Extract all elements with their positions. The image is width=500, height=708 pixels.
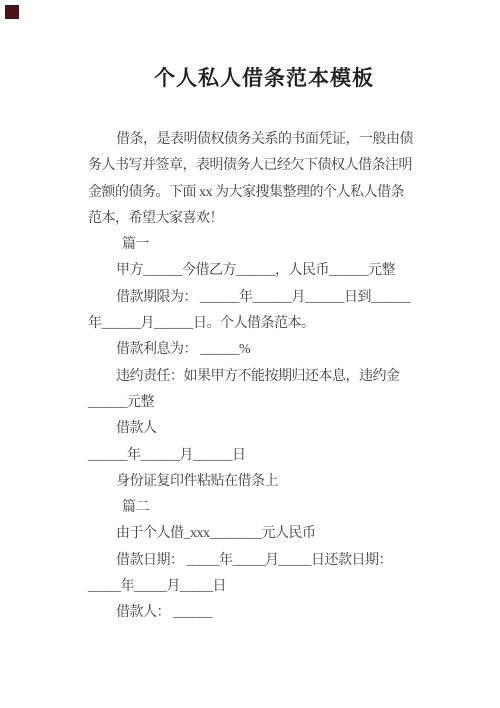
text-line: 借款日期： _____年_____月_____日还款日期： (88, 548, 414, 574)
text-line: _____年_____月_____日 (88, 574, 414, 600)
text-line: 金额的债务。下面 xx 为大家搜集整理的个人私人借条 (88, 180, 414, 206)
text-line: 篇一 (88, 232, 414, 258)
text-line: ______元整 (88, 390, 414, 416)
text-line: 范本，希望大家喜欢！ (88, 206, 414, 232)
text-line: ______年______月______日 (88, 443, 414, 469)
document-title: 个人私人借条范本模板 (0, 66, 500, 90)
text-line: 甲方______今借乙方______，人民币______元整 (88, 258, 414, 284)
text-line: 借款人： ______ (88, 600, 414, 626)
text-line: 借款人 (88, 416, 414, 442)
text-line: 借款利息为： ______% (88, 337, 414, 363)
text-line: 身份证复印件粘贴在借条上 (88, 469, 414, 495)
document-page: 个人私人借条范本模板 借条，是表明债权债务关系的书面凭证，一般由债务人书写并签章… (0, 0, 500, 708)
text-line: 违约责任：如果甲方不能按期归还本息，违约金 (88, 364, 414, 390)
document-body: 借条，是表明债权债务关系的书面凭证，一般由债务人书写并签章，表明债务人已经欠下债… (88, 127, 414, 627)
text-line: 借款期限为： ______年______月______日到______ (88, 285, 414, 311)
corner-mark (5, 5, 19, 19)
text-line: 篇二 (88, 495, 414, 521)
text-line: 借条，是表明债权债务关系的书面凭证，一般由债 (88, 127, 414, 153)
text-line: 由于个人借_xxx________元人民币 (88, 521, 414, 547)
text-line: 年______月______日。个人借条范本。 (88, 311, 414, 337)
text-line: 务人书写并签章，表明债务人已经欠下债权人借条注明 (88, 153, 414, 179)
